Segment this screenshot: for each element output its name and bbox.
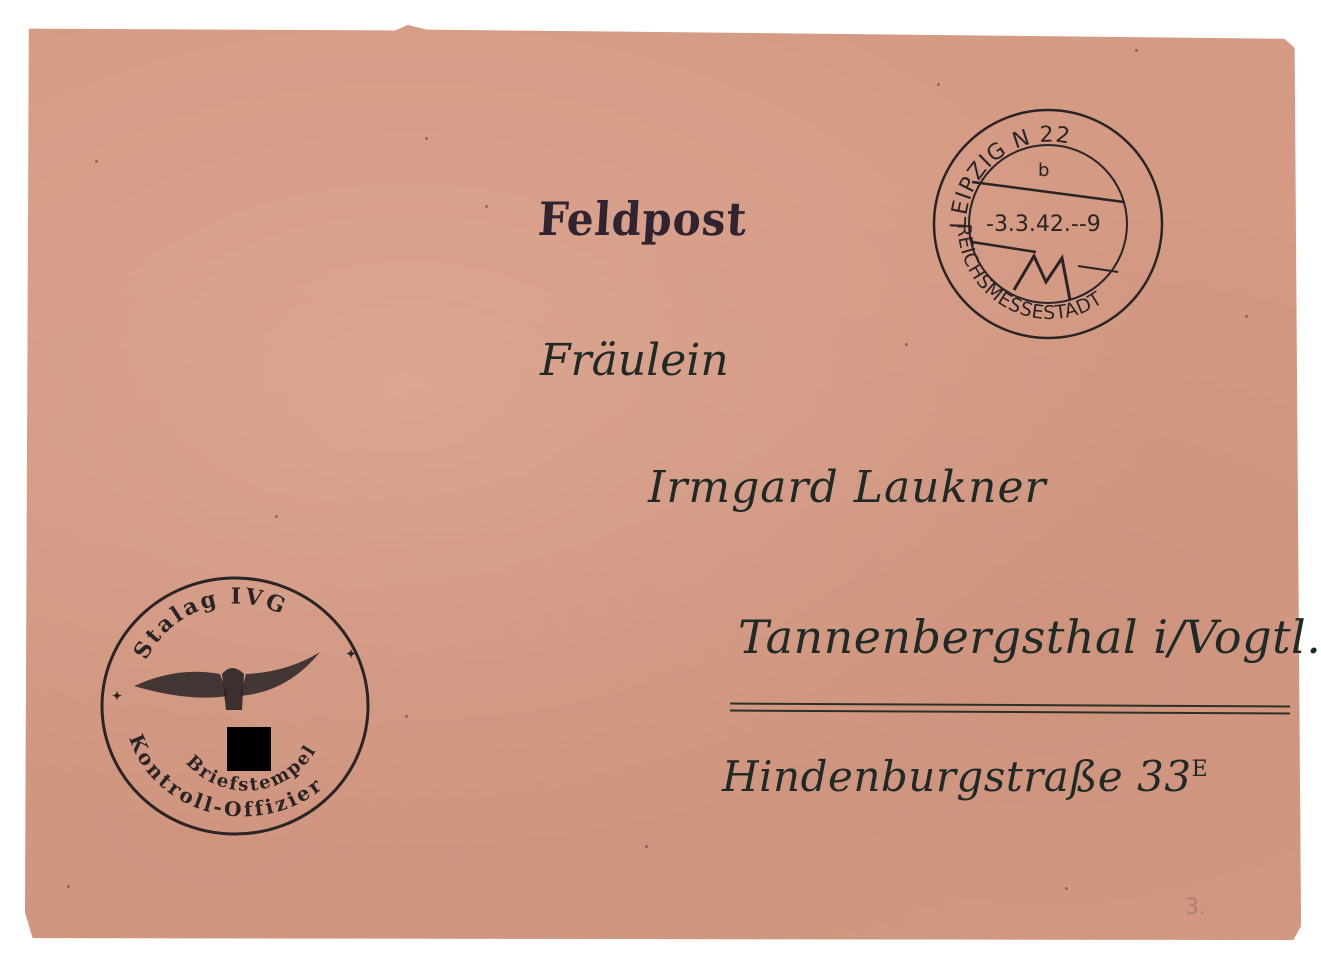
recipient-name: Irmgard Laukner (648, 462, 1047, 513)
feldpost-label: Feldpost (537, 192, 749, 246)
paper-speck (1065, 887, 1068, 890)
street-suffix: E (1192, 757, 1209, 782)
eagle-icon (134, 652, 320, 710)
star-icon: ✦ (346, 647, 356, 661)
address-salutation: Fräulein (540, 335, 729, 386)
recipient-street: Hindenburgstraße 33E (722, 752, 1208, 801)
paper-speck (905, 343, 908, 346)
postmark-date: -3.3.42.--9 (986, 212, 1101, 237)
leipzig-postmark: LEIPZIG N 22 REICHSMESSESTADT b -3.3.42.… (928, 104, 1168, 344)
street-text: Hindenburgstraße 33 (722, 752, 1192, 801)
postmark-letter-code: b (1038, 160, 1049, 181)
censorship-redaction (227, 727, 271, 771)
pencil-mark: 3. (1185, 895, 1206, 920)
paper-speck (1135, 49, 1138, 52)
paper-speck (937, 83, 940, 86)
paper-speck (275, 515, 278, 518)
paper-speck (405, 715, 408, 718)
paper-speck (67, 885, 70, 888)
recipient-city: Tannenbergsthal i/Vogtl. (738, 610, 1321, 664)
paper-speck (95, 160, 98, 163)
paper-speck (1245, 315, 1248, 318)
censor-top-text: Stalag IVG (129, 583, 292, 663)
paper-speck (425, 137, 428, 140)
star-icon: ✦ (112, 689, 122, 703)
messe-m-emblem-icon (1014, 256, 1070, 300)
postmark-bottom-text: REICHSMESSESTADT (953, 223, 1107, 324)
paper-speck (645, 845, 648, 848)
censor-stamp: Stalag IVG Kontroll-Offizier Briefstempe… (98, 574, 372, 838)
paper-speck (485, 205, 488, 208)
